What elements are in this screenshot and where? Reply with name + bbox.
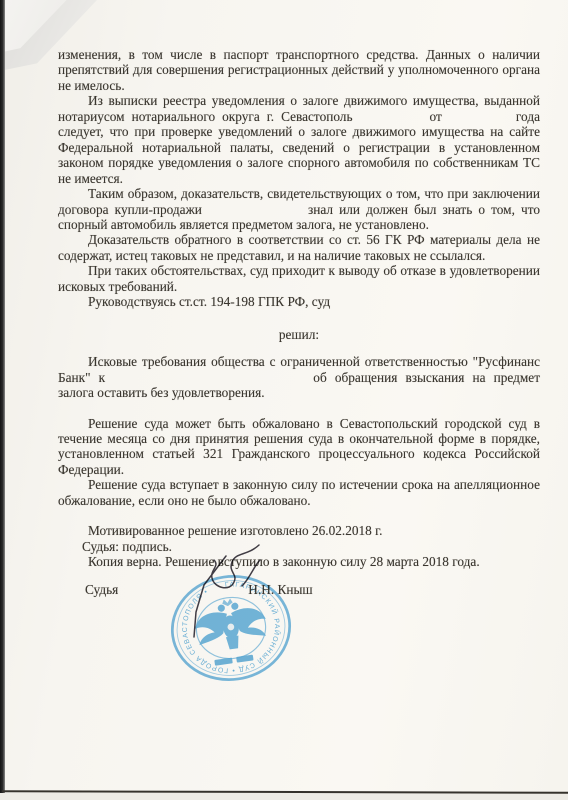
signature-row: Судья Н.Н. Кныш: [58, 582, 540, 597]
legal-force-paragraph: Решение суда вступает в законную силу по…: [58, 477, 540, 508]
continuation-passport-paragraph: изменения, в том числе в паспорт транспо…: [58, 47, 540, 93]
scanned-court-decision-page: изменения, в том числе в паспорт транспо…: [0, 0, 568, 800]
ruling-keyword: решил:: [58, 327, 540, 342]
judge-signature-note-line: Судья: подпись.: [58, 539, 540, 554]
redacted-gap: [105, 381, 305, 382]
court-conclusion-paragraph: При таких обстоятельствах, суд приходит …: [58, 263, 540, 294]
redacted-gap: [449, 120, 509, 121]
copy-valid-line: Копия верна. Решение вступило в законную…: [58, 554, 540, 569]
scan-bottom-margin: [0, 793, 568, 800]
scan-left-edge-shadow: [0, 0, 5, 800]
registry-extract-paragraph: Из выписки реестра уведомления о залоге …: [58, 93, 540, 186]
claim-dismissed-paragraph: Исковые требования общества с ограниченн…: [58, 354, 540, 400]
appeal-procedure-paragraph: Решение суда может быть обжаловано в Сев…: [58, 416, 540, 478]
redacted-gap: [202, 213, 302, 214]
document-body: изменения, в том числе в паспорт транспо…: [58, 47, 540, 597]
redacted-gap: [353, 120, 423, 121]
judge-signature-ink: [180, 538, 292, 644]
evidence-absence-paragraph: Доказательств обратного в соответствии с…: [58, 232, 540, 263]
guided-by-articles-paragraph: Руководствуясь ст.ст. 194-198 ГПК РФ, су…: [58, 294, 540, 309]
motivated-decision-date-line: Мотивированное решение изготовлено 26.02…: [58, 523, 540, 538]
judge-label: Судья: [85, 582, 118, 597]
buyer-awareness-paragraph: Таким образом, доказательств, свидетельс…: [58, 186, 540, 232]
